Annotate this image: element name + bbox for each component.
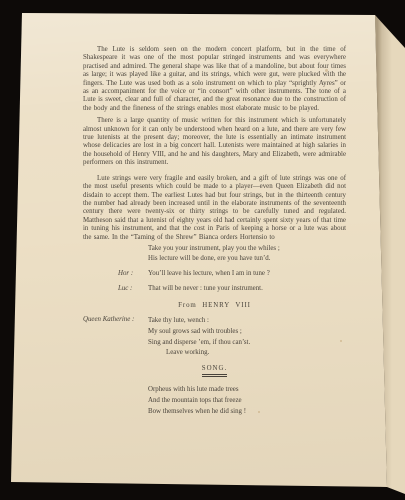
- dialogue-line: That will be never : tune your instrumen…: [148, 284, 263, 294]
- dialogue-row-lucentio: Luc : That will be never : tune your ins…: [83, 284, 346, 294]
- katherine-line: My soul grows sad with troubles ;: [148, 327, 250, 338]
- katherine-line: Sing and disperse ’em, if thou can’st.: [148, 338, 250, 349]
- shrew-quote-line: Take you your instrument, play you the w…: [148, 244, 346, 254]
- song-verse-block: Orpheus with his lute made trees And the…: [148, 385, 346, 417]
- shrew-quote-line: His lecture will be done, ere you have t…: [148, 254, 346, 264]
- dialogue-row-hortensio: Hor : You’ll leave his lecture, when I a…: [83, 269, 346, 279]
- paragraph-lute-music: There is a large quantity of music writt…: [83, 117, 346, 167]
- song-line: Bow themselves when he did sing !: [148, 407, 346, 418]
- dialogue-line: You’ll leave his lecture, when I am in t…: [148, 269, 270, 279]
- photo-of-book-page: { "colors":{ "background":"#0d0a08", "pa…: [0, 0, 405, 500]
- katherine-line: Take thy lute, wench :: [148, 316, 250, 327]
- shrew-quote-block: Take you your instrument, play you the w…: [148, 244, 346, 264]
- paragraph-lute-intro: The Lute is seldom seen on the modern co…: [83, 46, 346, 113]
- speaker-label-lucentio: Luc :: [83, 284, 148, 294]
- katherine-closing-line: Leave working.: [166, 348, 250, 359]
- song-heading: SONG.: [202, 364, 227, 377]
- song-heading-wrap: SONG.: [83, 364, 346, 377]
- henry-viii-heading: From HENRY VIII: [83, 301, 346, 311]
- katherine-speech-block: Queen Katherine : Take thy lute, wench :…: [83, 316, 346, 359]
- page-text-column: The Lute is seldom seen on the modern co…: [83, 46, 346, 418]
- song-line: Orpheus with his lute made trees: [148, 385, 346, 396]
- speaker-label-queen-katherine: Queen Katherine :: [83, 316, 148, 359]
- dialogue-block: Hor : You’ll leave his lecture, when I a…: [83, 269, 346, 294]
- paragraph-lute-strings: Lute strings were very fragile and easil…: [83, 175, 346, 242]
- speaker-label-hortensio: Hor :: [83, 269, 148, 279]
- song-line: And the mountain tops that freeze: [148, 396, 346, 407]
- katherine-lines: Take thy lute, wench : My soul grows sad…: [148, 316, 250, 359]
